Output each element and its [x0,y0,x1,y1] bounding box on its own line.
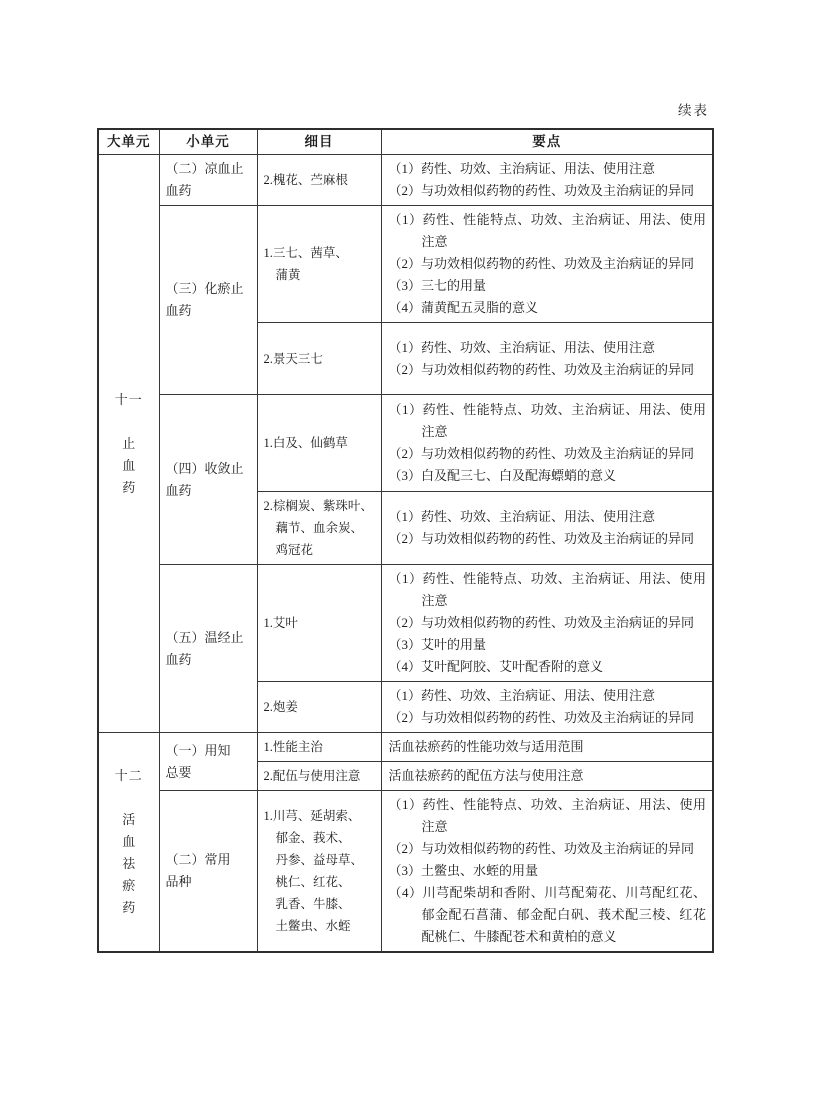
subsection-name-line: （五）温经止 [166,627,252,649]
unit-name-char: 瘀 [101,875,157,897]
item-cell: 1.川芎、延胡索、郁金、莪术、丹参、益母草、桃仁、红花、乳香、牛膝、土鳖虫、水蛭 [257,791,381,953]
unit-name-char: 活 [101,809,157,831]
item-cell: 2.棕榈炭、紫珠叶、藕节、血余炭、鸡冠花 [257,492,381,565]
point-line: （2）与功效相似药物的药性、功效及主治病证的异同 [389,528,707,550]
item-line: 郁金、莪术、 [264,827,378,849]
header-row: 大单元小单元细目要点 [98,129,713,155]
table-row: （五）温经止血药1.艾叶（1）药性、性能特点、功效、主治病证、用法、使用注意（2… [98,565,713,682]
point-line: （4）川芎配柴胡和香附、川芎配菊花、川芎配红花、郁金配石菖蒲、郁金配白矾、莪术配… [389,882,707,948]
item-line: 蒲黄 [264,264,378,286]
item-line: 2.配伍与使用注意 [264,765,378,787]
table-header: 大单元小单元细目要点 [98,129,713,155]
subsection-cell: （四）收敛止血药 [159,395,257,565]
item-cell: 1.艾叶 [257,565,381,682]
unit-name-char: 祛 [101,853,157,875]
point-line: （2）与功效相似药物的药性、功效及主治病证的异同 [389,612,707,634]
points-cell: 活血祛瘀药的性能功效与适用范围 [381,733,713,762]
point-line: （3）三七的用量 [389,275,707,297]
subsection-cell: （一）用知总要 [159,733,257,791]
column-header-1: 小单元 [159,129,257,155]
table-row: （三）化瘀止血药1.三七、茜草、蒲黄（1）药性、性能特点、功效、主治病证、用法、… [98,206,713,323]
point-line: （1）药性、功效、主治病证、用法、使用注意 [389,685,707,707]
point-line: （3）白及配三七、白及配海螵蛸的意义 [389,465,707,487]
subsection-name-line: （四）收敛止 [166,458,252,480]
column-header-0: 大单元 [98,129,159,155]
item-line: 2.槐花、苎麻根 [264,169,378,191]
subsection-name-line: （二）常用 [166,849,252,871]
unit-cell: 十二活血祛瘀药 [98,733,159,953]
point-line: （2）与功效相似药物的药性、功效及主治病证的异同 [389,707,707,729]
item-line: 桃仁、红花、 [264,871,378,893]
item-line: 1.川芎、延胡索、 [264,805,378,827]
item-line: 2.景天三七 [264,348,378,370]
document-page: 续表 大单元小单元细目要点 十一止血药（二）凉血止血药2.槐花、苎麻根（1）药性… [0,0,816,1100]
table-body: 十一止血药（二）凉血止血药2.槐花、苎麻根（1）药性、功效、主治病证、用法、使用… [98,155,713,953]
subsection-name-line: 品种 [166,871,252,893]
item-cell: 2.炮姜 [257,682,381,733]
point-line: （2）与功效相似药物的药性、功效及主治病证的异同 [389,253,707,275]
item-cell: 1.白及、仙鹤草 [257,395,381,492]
table-row: 十二活血祛瘀药（一）用知总要1.性能主治活血祛瘀药的性能功效与适用范围 [98,733,713,762]
unit-name-char: 血 [101,831,157,853]
subsection-cell: （二）常用品种 [159,791,257,953]
point-line: （2）与功效相似药物的药性、功效及主治病证的异同 [389,443,707,465]
subsection-name-line: 血药 [166,300,252,322]
item-line: 1.白及、仙鹤草 [264,432,378,454]
point-line: （2）与功效相似药物的药性、功效及主治病证的异同 [389,838,707,860]
point-line: （3）土鳖虫、水蛭的用量 [389,860,707,882]
item-cell: 2.配伍与使用注意 [257,762,381,791]
item-line: 土鳖虫、水蛭 [264,915,378,937]
unit-number: 十二 [101,765,157,787]
item-cell: 1.三七、茜草、蒲黄 [257,206,381,323]
point-line: （4）蒲黄配五灵脂的意义 [389,297,707,319]
subsection-name-line: 血药 [166,649,252,671]
points-cell: （1）药性、性能特点、功效、主治病证、用法、使用注意（2）与功效相似药物的药性、… [381,395,713,492]
syllabus-table: 大单元小单元细目要点 十一止血药（二）凉血止血药2.槐花、苎麻根（1）药性、功效… [97,128,714,953]
item-line: 丹参、益母草、 [264,849,378,871]
point-line: （1）药性、功效、主治病证、用法、使用注意 [389,158,707,180]
subsection-cell: （二）凉血止血药 [159,155,257,206]
item-line: 2.炮姜 [264,696,378,718]
unit-number: 十一 [101,389,157,411]
point-line: 活血祛瘀药的性能功效与适用范围 [389,736,707,758]
point-line: （4）艾叶配阿胶、艾叶配香附的意义 [389,656,707,678]
unit-name-char: 药 [101,897,157,919]
point-line: （2）与功效相似药物的药性、功效及主治病证的异同 [389,359,707,381]
column-header-3: 要点 [381,129,713,155]
points-cell: （1）药性、性能特点、功效、主治病证、用法、使用注意（2）与功效相似药物的药性、… [381,565,713,682]
subsection-name-line: 血药 [166,480,252,502]
points-cell: （1）药性、功效、主治病证、用法、使用注意（2）与功效相似药物的药性、功效及主治… [381,492,713,565]
points-cell: 活血祛瘀药的配伍方法与使用注意 [381,762,713,791]
point-line: （1）药性、性能特点、功效、主治病证、用法、使用注意 [389,209,707,253]
point-line: （1）药性、性能特点、功效、主治病证、用法、使用注意 [389,568,707,612]
item-line: 藕节、血余炭、 [264,517,378,539]
point-line: （2）与功效相似药物的药性、功效及主治病证的异同 [389,180,707,202]
points-cell: （1）药性、性能特点、功效、主治病证、用法、使用注意（2）与功效相似药物的药性、… [381,791,713,953]
item-line: 1.三七、茜草、 [264,242,378,264]
subsection-cell: （三）化瘀止血药 [159,206,257,395]
subsection-cell: （五）温经止血药 [159,565,257,733]
points-cell: （1）药性、功效、主治病证、用法、使用注意（2）与功效相似药物的药性、功效及主治… [381,682,713,733]
point-line: 活血祛瘀药的配伍方法与使用注意 [389,765,707,787]
points-cell: （1）药性、功效、主治病证、用法、使用注意（2）与功效相似药物的药性、功效及主治… [381,323,713,395]
point-line: （1）药性、性能特点、功效、主治病证、用法、使用注意 [389,399,707,443]
subsection-name-line: （二）凉血止 [166,158,252,180]
column-header-2: 细目 [257,129,381,155]
point-line: （1）药性、功效、主治病证、用法、使用注意 [389,506,707,528]
unit-name-char: 药 [101,477,157,499]
points-cell: （1）药性、功效、主治病证、用法、使用注意（2）与功效相似药物的药性、功效及主治… [381,155,713,206]
item-cell: 2.景天三七 [257,323,381,395]
unit-name-char: 血 [101,455,157,477]
table-row: （二）常用品种1.川芎、延胡索、郁金、莪术、丹参、益母草、桃仁、红花、乳香、牛膝… [98,791,713,953]
subsection-name-line: （三）化瘀止 [166,278,252,300]
subsection-name-line: 血药 [166,180,252,202]
item-cell: 2.槐花、苎麻根 [257,155,381,206]
unit-name-char: 止 [101,433,157,455]
table-row: （四）收敛止血药1.白及、仙鹤草（1）药性、性能特点、功效、主治病证、用法、使用… [98,395,713,492]
unit-cell: 十一止血药 [98,155,159,733]
item-line: 1.艾叶 [264,612,378,634]
item-line: 1.性能主治 [264,736,378,758]
subsection-name-line: （一）用知 [166,740,252,762]
point-line: （1）药性、性能特点、功效、主治病证、用法、使用注意 [389,794,707,838]
item-line: 乳香、牛膝、 [264,893,378,915]
item-cell: 1.性能主治 [257,733,381,762]
item-line: 鸡冠花 [264,539,378,561]
table-row: 十一止血药（二）凉血止血药2.槐花、苎麻根（1）药性、功效、主治病证、用法、使用… [98,155,713,206]
continued-table-label: 续表 [97,101,709,121]
point-line: （3）艾叶的用量 [389,634,707,656]
subsection-name-line: 总要 [166,762,252,784]
point-line: （1）药性、功效、主治病证、用法、使用注意 [389,337,707,359]
item-line: 2.棕榈炭、紫珠叶、 [264,495,378,517]
points-cell: （1）药性、性能特点、功效、主治病证、用法、使用注意（2）与功效相似药物的药性、… [381,206,713,323]
